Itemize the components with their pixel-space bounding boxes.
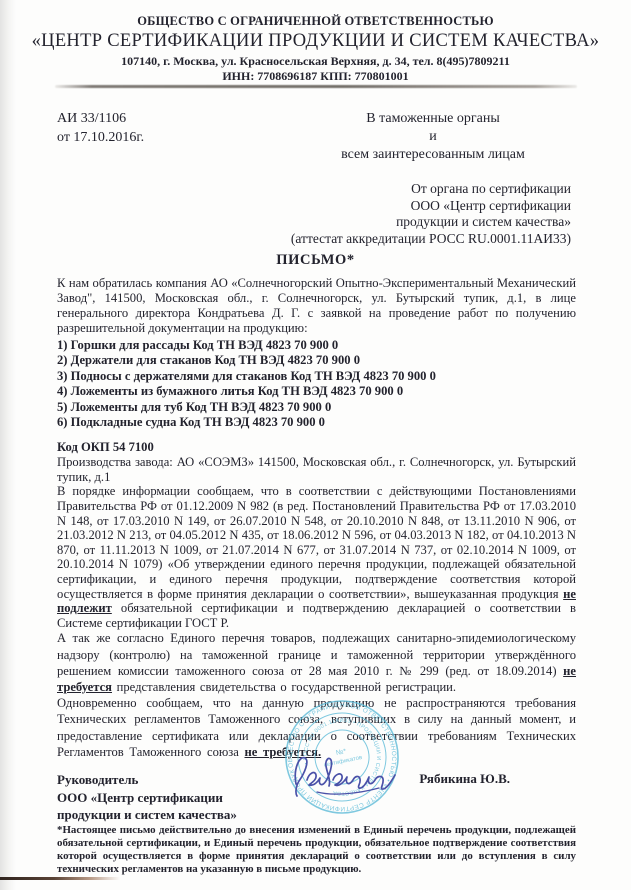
signatory-org-line: ООО «Центр сертификации — [57, 789, 237, 807]
product-item: 3) Подносы с держателями для стаканов Ко… — [57, 369, 576, 385]
paragraph-text: обязательной сертификации и подтверждени… — [57, 601, 576, 630]
addressee-block: В таможенные органы и всем заинтересован… — [278, 110, 588, 164]
addressee-line: В таможенные органы — [278, 110, 588, 128]
paragraph-text: А так же согласно Единого перечня товаро… — [57, 631, 576, 677]
addressee-line: и — [278, 128, 588, 146]
reference-block: АИ 33/1106 от 17.10.2016г. — [57, 110, 144, 147]
letter-body: К нам обратилась компания АО «Солнечного… — [57, 276, 576, 876]
scan-edge — [0, 0, 16, 890]
signatory-name: Рябикина Ю.В. — [419, 771, 576, 787]
sender-line: ООО «Центр сертификации — [200, 198, 571, 215]
intro-paragraph: К нам обратилась компания АО «Солнечного… — [57, 276, 576, 336]
product-list: 1) Горшки для рассады Код ТН ВЭД 4823 70… — [57, 338, 576, 431]
org-inn-kpp: ИНН: 7708696187 КПП: 770801001 — [0, 69, 631, 84]
addressee-line: всем заинтересованным лицам — [278, 146, 588, 164]
product-item: 4) Ложементы из бумажного литья Код ТН В… — [57, 384, 576, 400]
letter-page: ОБЩЕСТВО С ОГРАНИЧЕННОЙ ОТВЕТСТВЕННОСТЬЮ… — [0, 0, 631, 890]
scan-artifact-line — [0, 877, 120, 880]
signature-row: Руководитель ООО «Центр сертификации про… — [57, 771, 576, 824]
sender-line: (аттестат аккредитации РОСС RU.0001.11АИ… — [200, 231, 571, 248]
signatory-title: Руководитель — [57, 771, 237, 789]
emphasis-not-required: не требуется. — [244, 745, 321, 759]
letter-title: ПИСЬМО* — [0, 252, 631, 269]
org-type: ОБЩЕСТВО С ОГРАНИЧЕННОЙ ОТВЕТСТВЕННОСТЬЮ — [0, 14, 631, 29]
org-name: «ЦЕНТР СЕРТИФИКАЦИИ ПРОДУКЦИИ И СИСТЕМ К… — [0, 30, 631, 52]
letterhead: ОБЩЕСТВО С ОГРАНИЧЕННОЙ ОТВЕТСТВЕННОСТЬЮ… — [0, 14, 631, 84]
sender-line: От органа по сертификации — [200, 181, 571, 198]
letter-date: от 17.10.2016г. — [57, 129, 144, 148]
paragraph-sanitary: А так же согласно Единого перечня товаро… — [57, 630, 576, 695]
product-item: 6) Подкладные судна Код ТН ВЭД 4823 70 9… — [57, 415, 576, 431]
paragraph-text: В порядке информации сообщаем, что в соо… — [57, 484, 576, 600]
product-item: 2) Держатели для стаканов Код ТН ВЭД 482… — [57, 353, 576, 369]
paragraph-text: представления свидетельства о государств… — [112, 680, 456, 694]
product-item: 1) Горшки для рассады Код ТН ВЭД 4823 70… — [57, 338, 576, 354]
signatory-org-line: продукции и систем качества» — [57, 806, 237, 824]
okp-code: Код ОКП 54 7100 — [57, 440, 576, 455]
product-item: 5) Ложементы для туб Код ТН ВЭД 4823 70 … — [57, 400, 576, 416]
sender-block: От органа по сертификации ООО «Центр сер… — [200, 181, 571, 247]
header-divider — [55, 85, 577, 88]
sender-line: продукции и систем качества» — [200, 214, 571, 231]
paragraph-technical-regulations: Одновременно сообщаем, что на данную про… — [57, 695, 576, 760]
letter-number: АИ 33/1106 — [57, 110, 144, 129]
plant-line: Производства завода: АО «СОЭМЗ» 141500, … — [57, 455, 576, 485]
signatory-title-block: Руководитель ООО «Центр сертификации про… — [57, 771, 237, 824]
footnote: *Настоящее письмо действительно до внесе… — [57, 824, 576, 876]
paragraph-certification: В порядке информации сообщаем, что в соо… — [57, 484, 576, 630]
org-address: 107140, г. Москва, ул. Красносельская Ве… — [0, 54, 631, 69]
